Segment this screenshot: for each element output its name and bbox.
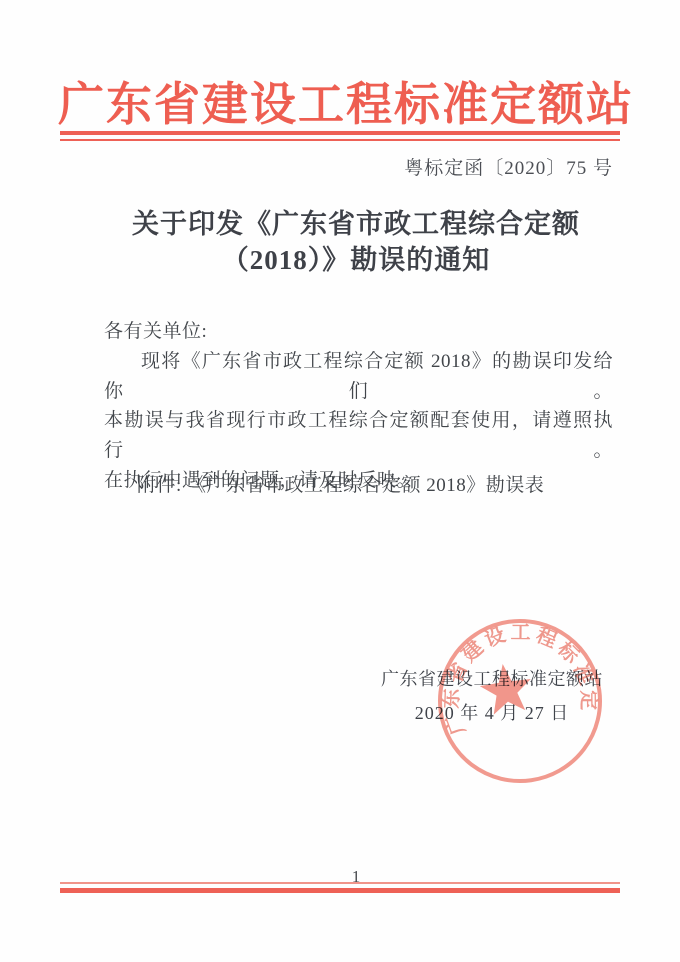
attachment-line: 附件: 《广东省市政工程综合定额 2018》勘误表 (104, 470, 613, 497)
document-title-line1: 关于印发《广东省市政工程综合定额 (36, 206, 676, 242)
document-title: 关于印发《广东省市政工程综合定额 （2018）》勘误的通知 (36, 206, 676, 278)
salutation: 各有关单位: (104, 316, 207, 343)
scanned-document-page: 广东省建设工程标准定额站 粤标定函〔2020〕75 号 关于印发《广东省市政工程… (0, 0, 680, 962)
footer-double-rule (60, 882, 620, 893)
document-number: 粤标定函〔2020〕75 号 (60, 153, 613, 180)
letterhead-title: 广东省建设工程标准定额站 (36, 68, 656, 134)
signature-date: 2020 年 4 月 27 日 (380, 699, 604, 725)
body-line-2: 本勘误与我省现行市政工程综合定额配套使用，请遵照执行。 (104, 406, 613, 465)
page-number-marker: 1 (348, 867, 364, 887)
signature-org-name: 广东省建设工程标准定额站 (380, 665, 604, 691)
body-line-1: 现将《广东省市政工程综合定额 2018》的勘误印发给你们。 (104, 347, 613, 406)
masthead-double-rule (60, 131, 620, 141)
document-title-line2: （2018）》勘误的通知 (36, 242, 676, 278)
